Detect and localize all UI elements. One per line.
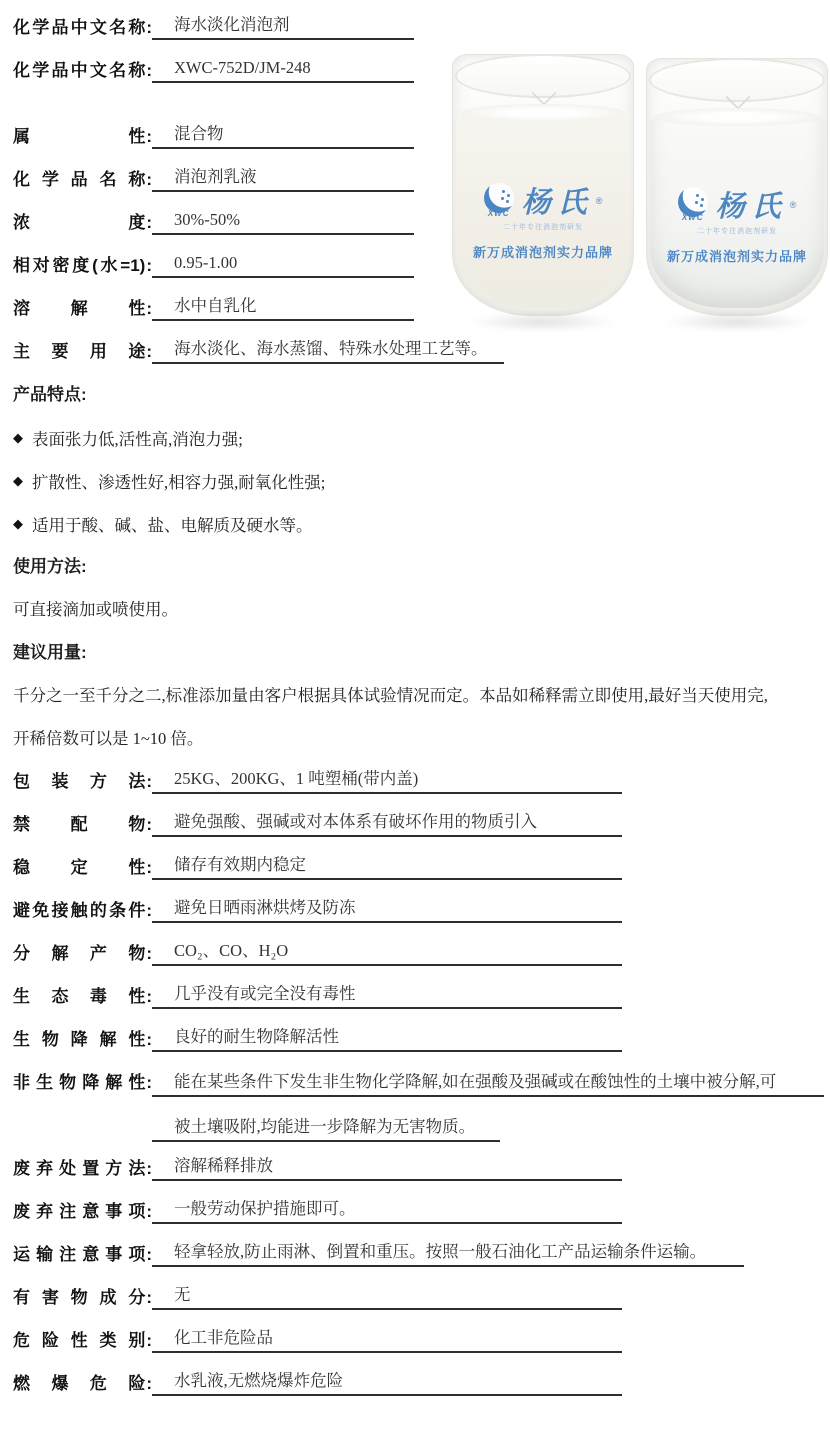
beaker-shadow	[661, 312, 814, 332]
field-row-main-uses: 主要用途: 海水淡化、海水蒸馏、特殊水处理工艺等。	[13, 340, 830, 364]
brand-tagline: 新万成消泡剂实力品牌	[646, 246, 828, 265]
crescent-logo-wrap: XWC	[484, 183, 514, 218]
field-value: 避免强酸、强碱或对本体系有破坏作用的物质引入	[152, 811, 622, 837]
field-label: 非生物降解性:	[13, 1071, 152, 1095]
product-photo: XWC 杨氏 ® 二十年专注消泡剂研发 新万成消泡剂实力品牌 X	[452, 26, 830, 342]
diamond-bullet-icon: ◆	[13, 431, 23, 446]
field-label: 化学品名称:	[13, 168, 152, 192]
registered-mark: ®	[596, 196, 603, 206]
diamond-bullet-icon: ◆	[13, 474, 23, 489]
feature-item: ◆ 扩散性、渗透性好,相容力强,耐氧化性强;	[13, 469, 830, 493]
liquid-surface	[460, 104, 626, 122]
dosage-text-line: 千分之一至千分之二,标准添加量由客户根据具体试验情况而定。本品如稀释需立即使用,…	[13, 684, 830, 708]
brand-logo-row: XWC 杨氏 ®	[646, 184, 828, 225]
section-heading-features: 产品特点:	[13, 383, 830, 407]
registered-mark: ®	[790, 200, 797, 210]
field-value-line: 被土壤吸附,均能进一步降解为无害物质。	[152, 1116, 500, 1142]
field-label: 避免接触的条件:	[13, 899, 152, 923]
field-label: 化学品中文名称:	[13, 59, 152, 83]
field-row-disposal-method: 废弃处置方法: 溶解稀释排放	[13, 1157, 830, 1181]
field-row-harmful-components: 有害物成分: 无	[13, 1286, 830, 1310]
field-row-incompatibles: 禁配物: 避免强酸、强碱或对本体系有破坏作用的物质引入	[13, 813, 830, 837]
field-label: 生态毒性:	[13, 985, 152, 1009]
field-value: 水中自乳化	[152, 295, 414, 321]
field-label: 废弃处置方法:	[13, 1157, 152, 1181]
field-value: 良好的耐生物降解活性	[152, 1026, 622, 1052]
feature-text: 扩散性、渗透性好,相容力强,耐氧化性强;	[32, 469, 325, 493]
field-label: 禁配物:	[13, 813, 152, 837]
field-value: 0.95-1.00	[152, 252, 414, 278]
field-label: 危险性类别:	[13, 1329, 152, 1353]
field-label: 有害物成分:	[13, 1286, 152, 1310]
field-row-explosion-hazard: 燃爆危险: 水乳液,无燃烧爆炸危险	[13, 1372, 830, 1396]
field-value: 避免日晒雨淋烘烤及防冻	[152, 897, 622, 923]
field-value: 一般劳动保护措施即可。	[152, 1198, 622, 1224]
beaker-shadow	[467, 312, 620, 332]
brand-subtitle: 二十年专注消泡剂研发	[452, 222, 634, 232]
section-heading-dosage: 建议用量:	[13, 641, 830, 665]
field-label: 浓度:	[13, 211, 152, 235]
field-value: 水乳液,无燃烧爆炸危险	[152, 1370, 622, 1396]
brand-print: XWC 杨氏 ® 二十年专注消泡剂研发 新万成消泡剂实力品牌	[646, 184, 828, 265]
field-row-eco-toxicity: 生态毒性: 几乎没有或完全没有毒性	[13, 985, 830, 1009]
brand-print: XWC 杨氏 ® 二十年专注消泡剂研发 新万成消泡剂实力品牌	[452, 180, 634, 261]
usage-text: 可直接滴加或喷使用。	[13, 598, 830, 622]
field-label: 主要用途:	[13, 340, 152, 364]
beaker-clear-liquid: XWC 杨氏 ® 二十年专注消泡剂研发 新万成消泡剂实力品牌	[646, 58, 828, 316]
crescent-logo-wrap: XWC	[678, 187, 708, 222]
field-label: 废弃注意事项:	[13, 1200, 152, 1224]
field-value: 储存有效期内稳定	[152, 854, 622, 880]
dosage-text-line: 开稀倍数可以是 1~10 倍。	[13, 727, 830, 751]
feature-item: ◆ 适用于酸、碱、盐、电解质及硬水等。	[13, 512, 830, 536]
brand-subtitle: 二十年专注消泡剂研发	[646, 226, 828, 236]
field-row-conditions-to-avoid: 避免接触的条件: 避免日晒雨淋烘烤及防冻	[13, 899, 830, 923]
field-label: 相对密度(水=1):	[13, 254, 152, 278]
field-value: 几乎没有或完全没有毒性	[152, 983, 622, 1009]
field-value: 30%-50%	[152, 209, 414, 235]
section-heading-usage: 使用方法:	[13, 555, 830, 579]
field-label: 分解产物:	[13, 942, 152, 966]
field-value-line: 能在某些条件下发生非生物化学降解,如在强酸及强碱或在酸蚀性的土壤中被分解,可	[152, 1071, 824, 1097]
field-label: 运输注意事项:	[13, 1243, 152, 1267]
field-value: 化工非危险品	[152, 1327, 622, 1353]
field-label: 生物降解性:	[13, 1028, 152, 1052]
field-value: 无	[152, 1284, 622, 1310]
field-label: 包装方法:	[13, 770, 152, 794]
field-row-abiotic-degradability: 非生物降解性: 能在某些条件下发生非生物化学降解,如在强酸及强碱或在酸蚀性的土壤…	[13, 1071, 830, 1138]
field-value: 消泡剂乳液	[152, 166, 414, 192]
diamond-bullet-icon: ◆	[13, 517, 23, 532]
field-row-stability: 稳定性: 储存有效期内稳定	[13, 856, 830, 880]
datasheet-page: 化学品中文名称: 海水淡化消泡剂 化学品中文名称: XWC-752D/JM-24…	[0, 0, 830, 1454]
field-row-disposal-precautions: 废弃注意事项: 一般劳动保护措施即可。	[13, 1200, 830, 1224]
field-value: 混合物	[152, 123, 414, 149]
feature-text: 表面张力低,活性高,消泡力强;	[32, 426, 243, 450]
field-row-packing-method: 包装方法: 25KG、200KG、1 吨塑桶(带内盖)	[13, 770, 830, 794]
field-value: 海水淡化消泡剂	[152, 14, 414, 40]
crescent-moon-icon	[484, 183, 514, 213]
field-label: 稳定性:	[13, 856, 152, 880]
field-label: 燃爆危险:	[13, 1372, 152, 1396]
field-label: 属性:	[13, 125, 152, 149]
field-row-biodegradability: 生物降解性: 良好的耐生物降解活性	[13, 1028, 830, 1052]
field-row-transport-precautions: 运输注意事项: 轻拿轻放,防止雨淋、倒置和重压。按照一般石油化工产品运输条件运输…	[13, 1243, 830, 1267]
liquid-surface	[654, 108, 820, 126]
brand-logo-row: XWC 杨氏 ®	[452, 180, 634, 221]
brand-name: 杨氏	[716, 184, 788, 225]
feature-item: ◆ 表面张力低,活性高,消泡力强;	[13, 426, 830, 450]
brand-tagline: 新万成消泡剂实力品牌	[452, 242, 634, 261]
field-value: XWC-752D/JM-248	[152, 57, 414, 83]
field-row-hazard-class: 危险性类别: 化工非危险品	[13, 1329, 830, 1353]
beaker-milky-liquid: XWC 杨氏 ® 二十年专注消泡剂研发 新万成消泡剂实力品牌	[452, 54, 634, 316]
field-value: 25KG、200KG、1 吨塑桶(带内盖)	[152, 768, 622, 794]
field-value: 溶解稀释排放	[152, 1155, 622, 1181]
field-label: 溶解性:	[13, 297, 152, 321]
field-row-decomposition-products: 分解产物: CO₂、CO、H₂O	[13, 942, 830, 966]
crescent-moon-icon	[678, 187, 708, 217]
field-value: CO₂、CO、H₂O	[152, 940, 622, 966]
field-value-multiline: 能在某些条件下发生非生物化学降解,如在强酸及强碱或在酸蚀性的土壤中被分解,可 被…	[152, 1071, 824, 1142]
feature-text: 适用于酸、碱、盐、电解质及硬水等。	[32, 512, 313, 536]
field-label: 化学品中文名称:	[13, 16, 152, 40]
brand-name: 杨氏	[522, 180, 594, 221]
field-value: 轻拿轻放,防止雨淋、倒置和重压。按照一般石油化工产品运输条件运输。	[152, 1241, 744, 1267]
